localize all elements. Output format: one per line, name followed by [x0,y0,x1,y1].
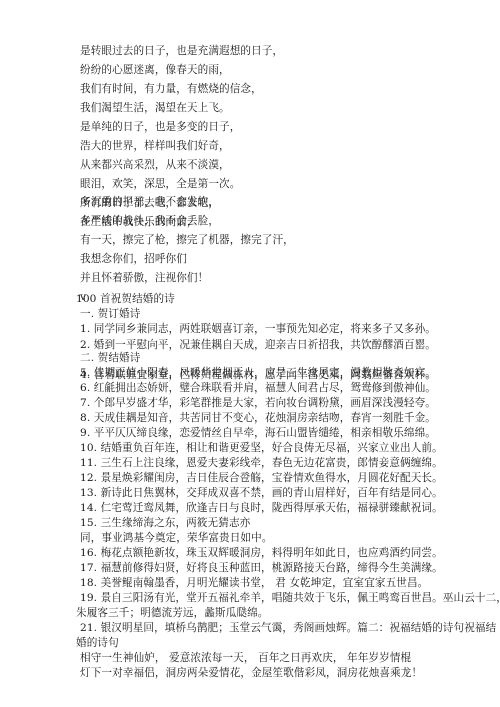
list-item: 12. 景星焕彩耀闺房，吉日佳辰合卺觞，宝眷情欢鱼得水，月圆花好配天长。 [80,471,443,485]
list-item-continuation: 同，事业鸿基今奠定，荣华富贵日如中。 [80,531,273,545]
list-item: 9. 平平仄仄缔良缘，恋爱情丝自早牵，海石山盟皆缱绻，相亲相敬乐绵绵。 [80,426,436,440]
list-item: 21. 银汉明星回，填桥乌鹊肥；玉堂云气霭，秀阁画烛辉。篇二：祝福结婚的诗句祝福… [80,621,496,635]
list-item: 10. 结婚重负百年连，相让和谐更爱坚，好合良俦无尽福，兴家立业出人前。 [80,441,443,455]
list-item: 16. 梅花点额艳新妆，珠玉双辉暖洞房，料得明年如此日，也应鸡酒约同尝。 [80,546,443,560]
list-item: 11. 三生石上注良缘，恩爱夫妻彩线牵，春色无边花富贵，郎情妾意俩缠绵。 [80,456,443,470]
list-item: 17. 福慧前修得妇贤，好将良玉种蓝田，桃源路接天台路，缔得今生美满缘。 [80,561,443,575]
section-heading: 二. 贺结婚诗 [80,351,140,365]
list-item: 6. 红毹拥出态娇妍，璧合珠联看并肩，福慧人间君占尽，鸳鸯修到傲神仙。 [80,381,436,395]
list-item-continuation: 朱履客三千；明德流芳远，蠡斯瓜瓞绵。 [76,606,269,620]
list-item: 7. 个郎早岁盛才华，彩笔群推是大家，若向妆台调粉黛，画眉深浅漫轻夸。 [80,396,436,410]
list-item-continuation: 婚的诗句 [76,636,119,650]
article-section-2: 二. 贺结婚诗 5. 佳期正值小阳春，凤暖华堂拥玉人，应是三生缘夙定，漫教相敬竟… [0,0,500,707]
list-item: 5. 佳期正值小阳春，凤暖华堂拥玉人，应是三生缘夙定，漫教相敬竟如宾。 [80,366,436,380]
list-item: 18. 美誉鲲南翰墨香，月明光耀读书堂， 君 女乾坤定，宜室宜家五世昌。 [80,576,428,590]
closing-line: 灯下一对幸福侣，洞房两朵爱情花，金屋笙歌偕彩凤，洞房花烛喜乘龙！ [80,666,422,680]
list-item: 14. 仁宅莺迁鸾凤舞，欣逢吉日与良时，陇西得厚承天佑，福禄骈臻献祝词。 [80,501,443,515]
list-item: 8. 天成佳耦是知音，共苦同甘不变心，花烛洞房亲结吻，春宵一刻胜千金。 [80,411,436,425]
list-item: 13. 新诗此日焦翼林，交拜成双喜不禁，画的青山眉样好，百年有结是同心。 [80,486,443,500]
list-item: 19. 景自三阳汤有光，堂开五福礼牵羊，唱随共效于飞乐，佩王鸣鸾百世昌。巫山云十… [80,591,500,605]
list-item: 15. 三生缘缔海之东，两筱无猜志亦 [80,516,250,530]
closing-line: 相守一生神仙妒， 爱意浓浓每一天， 百年之日再欢庆， 年年岁岁情棍 [80,651,411,665]
